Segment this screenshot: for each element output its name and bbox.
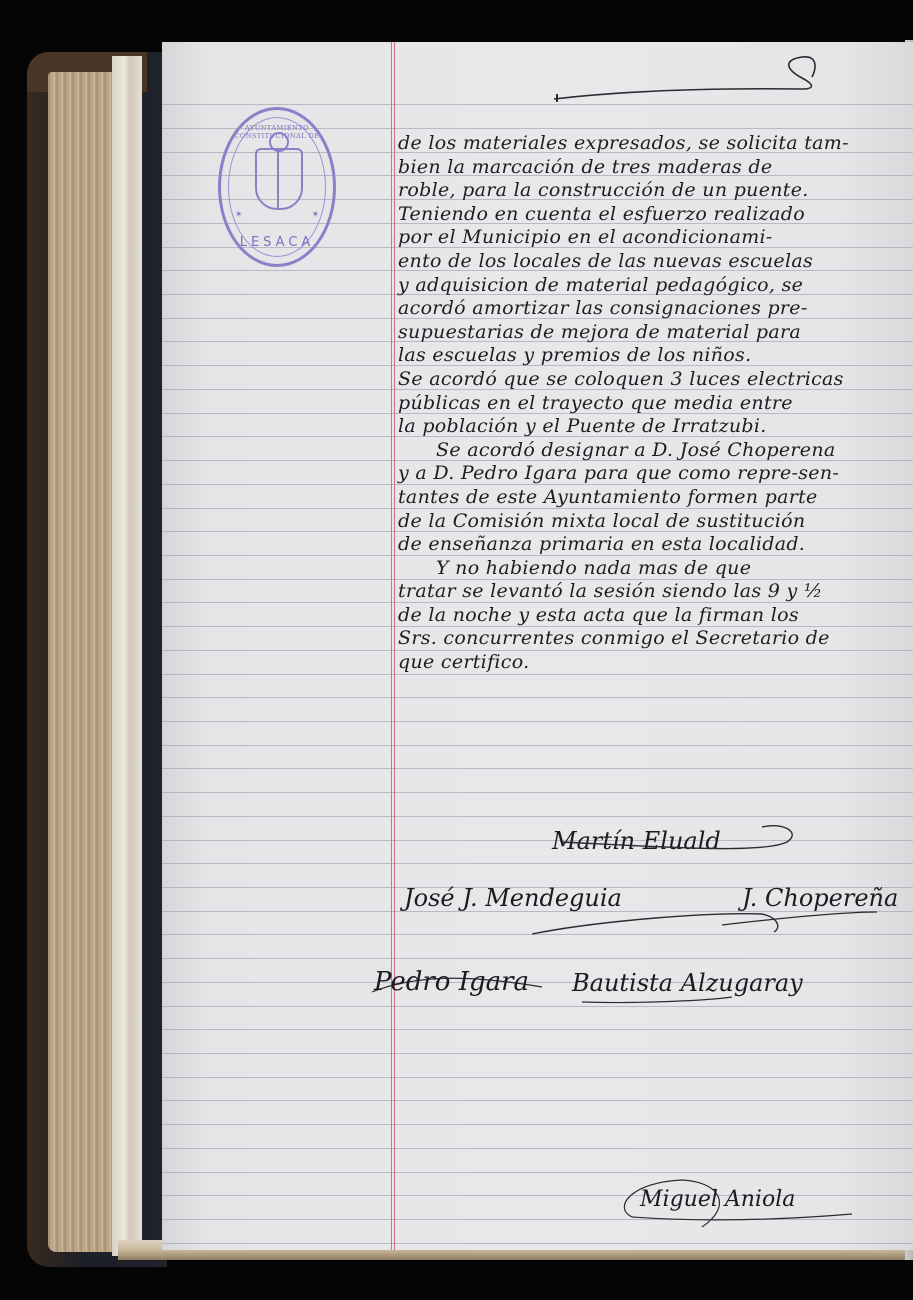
signature: José J. Mendeguia: [404, 884, 622, 912]
margin-line: [391, 42, 392, 1250]
text-line: Y no habiendo nada mas de que: [398, 557, 898, 581]
signature: Miguel Aniola: [640, 1187, 795, 1212]
signature: J. Chopereña: [742, 884, 898, 912]
ruled-line: [162, 721, 913, 722]
ruled-line: [162, 1243, 913, 1244]
ruled-line: [162, 768, 913, 769]
text-line: de enseñanza primaria en esta localidad.: [398, 533, 898, 557]
text-line: Se acordó designar a D. José Choperena: [398, 439, 898, 463]
signature: Bautista Alzugaray: [572, 969, 803, 997]
book-page-edges: [48, 72, 118, 1252]
handwritten-text-block: de los materiales expresados, se solicit…: [398, 132, 898, 675]
text-line: ento de los locales de las nuevas escuel…: [398, 250, 898, 274]
text-line: de los materiales expresados, se solicit…: [398, 132, 898, 156]
ruled-line: [162, 863, 913, 864]
text-line: Srs. concurrentes conmigo el Secretario …: [398, 627, 898, 651]
document-page: AYUNTAMIENTO CONSTITUCIONAL DE ✶ ✶ LESAC…: [162, 42, 913, 1250]
text-line: Teniendo en cuenta el esfuerzo realizado: [398, 203, 898, 227]
stamp-town-name: LESACA: [221, 235, 333, 250]
ruled-line: [162, 745, 913, 746]
ruled-line: [162, 934, 913, 935]
ruled-line: [162, 958, 913, 959]
text-line: roble, para la construcción de un puente…: [398, 179, 898, 203]
text-line: públicas en el trayecto que media entre: [398, 392, 898, 416]
text-line: bien la marcación de tres maderas de: [398, 156, 898, 180]
text-line: de la noche y esta acta que la firman lo…: [398, 604, 898, 628]
margin-line: [394, 42, 395, 1250]
ruled-line: [162, 1006, 913, 1007]
ruled-line: [162, 1195, 913, 1196]
ruled-line: [162, 1100, 913, 1101]
ruled-line: [162, 792, 913, 793]
ruled-line: [162, 840, 913, 841]
text-line: de la Comisión mixta local de sustitució…: [398, 510, 898, 534]
ruled-line: [162, 697, 913, 698]
star-icon: ✶: [235, 210, 243, 220]
text-line: tratar se levantó la sesión siendo las 9…: [398, 580, 898, 604]
text-line: que certifico.: [398, 651, 898, 675]
text-line: y a D. Pedro Igara para que como repre-s…: [398, 462, 898, 486]
ruled-line: [162, 1172, 913, 1173]
text-line: por el Municipio en el acondicionami-: [398, 226, 898, 250]
text-line: la población y el Puente de Irratzubi.: [398, 415, 898, 439]
signature: Pedro Igara: [374, 967, 529, 997]
ruled-line: [162, 1124, 913, 1125]
ruled-line: [162, 1219, 913, 1220]
text-line: supuestarias de mejora de material para: [398, 321, 898, 345]
ruled-line: [162, 1029, 913, 1030]
municipal-stamp: AYUNTAMIENTO CONSTITUCIONAL DE ✶ ✶ LESAC…: [218, 107, 336, 267]
text-line: tantes de este Ayuntamiento formen parte: [398, 486, 898, 510]
star-icon: ✶: [311, 210, 319, 220]
coat-of-arms-icon: [255, 148, 303, 210]
ruled-line: [162, 1053, 913, 1054]
ruled-line: [162, 1077, 913, 1078]
text-line: acordó amortizar las consignaciones pre-: [398, 297, 898, 321]
text-line: las escuelas y premios de los niños.: [398, 344, 898, 368]
page-stack: [112, 56, 142, 1256]
ruled-line: [162, 816, 913, 817]
text-line: Se acordó que se coloquen 3 luces electr…: [398, 368, 898, 392]
ruled-line: [162, 1148, 913, 1149]
text-line: y adquisicion de material pedagógico, se: [398, 274, 898, 298]
signature: Martín Eluald: [552, 827, 721, 855]
